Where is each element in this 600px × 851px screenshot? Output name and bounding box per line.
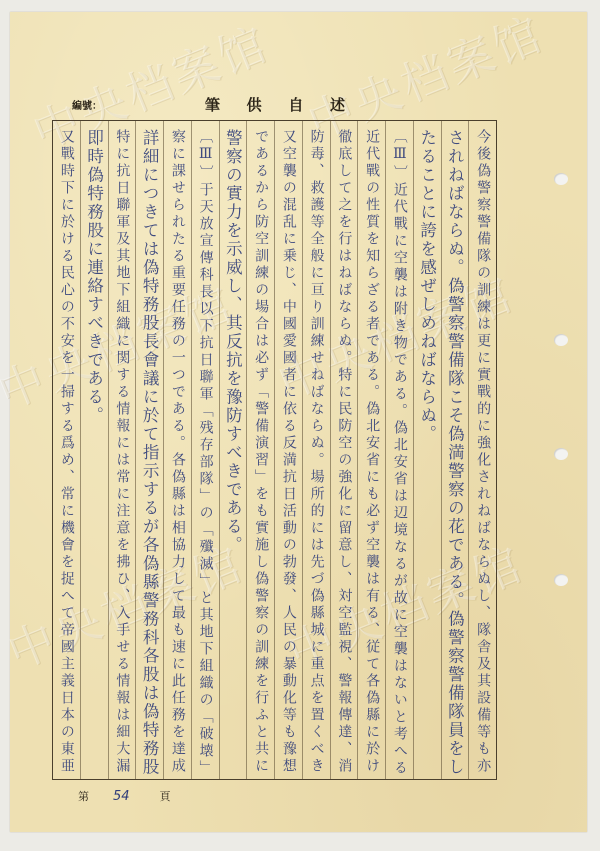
column-text: 特に抗日聯軍及其地下組織に関する情報には常に注意を拂ひ、入手せる情報は細大漏らさ…: [108, 129, 135, 774]
column-text: たることに誇を感ぜしめねばならぬ。: [414, 129, 441, 774]
text-column: されねばならぬ。偽警察警備隊こそ偽満警察の花である。偽警察警備隊員をして偽隊員: [441, 121, 469, 779]
column-text: 近代戰の性質を知らざる者である。偽北安省にも必ず空襲は有る、従て各偽縣に於ける防…: [358, 129, 385, 774]
text-column: 即時偽特務股に連絡すべきである。: [80, 121, 108, 779]
column-text: 察に課せられたる重要任務の一つである。各偽縣は相協力して最も速に此任務を達成せね…: [164, 129, 191, 774]
column-text: 今後偽警察警備隊の訓練は更に實戰的に強化されねばならぬし、隊舎及其設備等も亦一層…: [469, 129, 496, 774]
form-title: 筆 供 自 述: [205, 94, 345, 115]
text-column: 詳細につきては偽特務股長會議に於て指示するが各偽縣警務科各股は偽特務股を援助し、: [135, 121, 163, 779]
column-text: 警察の實力を示威し、其反抗を豫防すべきである。: [219, 129, 246, 774]
column-text: 又戰時下に於ける民心の不安を一掃する爲め、常に機會を捉へて帝國主義日本の東亜侵略…: [53, 129, 80, 774]
punch-hole: [554, 448, 568, 460]
column-text: 防毒、救護等全般に亘り訓練せねばならぬ。場所的には先づ偽縣城に重点を置くべきであ…: [303, 129, 330, 774]
column-text: 徹底して之を行はねばならぬ。特に民防空の強化に留意し、対空監視、警報傳達、消火、…: [330, 129, 357, 774]
page-footer: 第 54 頁: [78, 788, 171, 804]
column-text: 〔Ⅲ〕于天放宣傳科長以下抗日聯軍「残存部隊」の「殲滅」と其地下組織の「破壊」は偽…: [192, 129, 219, 774]
column-text: 即時偽特務股に連絡すべきである。: [81, 129, 108, 774]
manuscript-grid: 今後偽警察警備隊の訓練は更に實戰的に強化されねばならぬし、隊舎及其設備等も亦一層…: [52, 120, 497, 780]
text-column: 又戰時下に於ける民心の不安を一掃する爲め、常に機會を捉へて帝國主義日本の東亜侵略…: [53, 121, 80, 779]
page-prefix: 第: [78, 788, 89, 804]
title-char: 述: [330, 94, 345, 115]
text-column: 〔Ⅲ〕于天放宣傳科長以下抗日聯軍「残存部隊」の「殲滅」と其地下組織の「破壊」は偽…: [191, 121, 219, 779]
punch-hole: [554, 574, 568, 586]
title-char: 供: [247, 94, 262, 115]
text-column: 警察の實力を示威し、其反抗を豫防すべきである。: [219, 121, 247, 779]
title-char: 自: [288, 94, 303, 115]
text-column: であるから防空訓練の場合は必ず「警備演習」をも實施し偽警察の訓練を行ふと共に人民…: [246, 121, 274, 779]
scanned-document: 中央档案馆 中央档案馆 中央档案馆 中央档案馆 中央档案馆 中央档案馆 編號： …: [0, 0, 600, 851]
text-column: 察に課せられたる重要任務の一つである。各偽縣は相協力して最も速に此任務を達成せね…: [163, 121, 191, 779]
column-text: 詳細につきては偽特務股長會議に於て指示するが各偽縣警務科各股は偽特務股を援助し、: [136, 129, 163, 774]
punch-hole: [554, 334, 568, 346]
text-column: 近代戰の性質を知らざる者である。偽北安省にも必ず空襲は有る、従て各偽縣に於ける防…: [357, 121, 385, 779]
text-column: 徹底して之を行はねばならぬ。特に民防空の強化に留意し、対空監視、警報傳達、消火、…: [330, 121, 358, 779]
text-column: 又空襲の混乱に乗じ、中國愛國者に依る反満抗日活動の勃發、人民の暴動化等も豫想せら…: [274, 121, 302, 779]
text-column: 〔Ⅲ〕近代戰に空襲は附き物である。偽北安省は辺境なるが故に空襲はないと考へるのは…: [385, 121, 413, 779]
text-column: たることに誇を感ぜしめねばならぬ。: [413, 121, 441, 779]
text-column: 特に抗日聯軍及其地下組織に関する情報には常に注意を拂ひ、入手せる情報は細大漏らさ…: [108, 121, 136, 779]
page-number: 54: [113, 789, 130, 804]
punch-hole: [554, 173, 568, 185]
serial-number-label: 編號：: [72, 97, 102, 112]
text-column: 今後偽警察警備隊の訓練は更に實戰的に強化されねばならぬし、隊舎及其設備等も亦一層…: [468, 121, 496, 779]
column-text: 又空襲の混乱に乗じ、中國愛國者に依る反満抗日活動の勃發、人民の暴動化等も豫想せら…: [275, 129, 302, 774]
column-text: されねばならぬ。偽警察警備隊こそ偽満警察の花である。偽警察警備隊員をして偽隊員: [441, 129, 468, 774]
column-text: 〔Ⅲ〕近代戰に空襲は附き物である。偽北安省は辺境なるが故に空襲はないと考へるのは…: [386, 129, 413, 774]
title-char: 筆: [205, 94, 220, 115]
page-suffix: 頁: [160, 788, 171, 804]
column-text: であるから防空訓練の場合は必ず「警備演習」をも實施し偽警察の訓練を行ふと共に人民…: [247, 129, 274, 774]
text-column: 防毒、救護等全般に亘り訓練せねばならぬ。場所的には先づ偽縣城に重点を置くべきであ…: [302, 121, 330, 779]
